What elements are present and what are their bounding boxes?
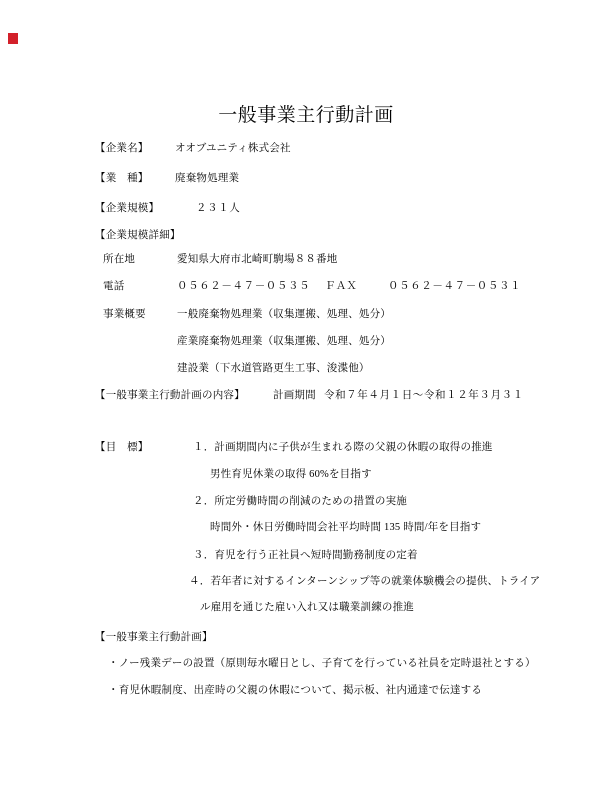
business-line-3: 建設業（下水道管路更生工事、浚渫他） (177, 362, 370, 375)
page-title: 一般事業主行動計画 (0, 104, 612, 127)
action-item-1: ・ノー残業デーの設置（原則毎水曜日とし、子育てを行っている社員を定時退社とする） (108, 657, 536, 670)
goal-4: ４．若年者に対するインターンシップ等の就業体験機会の提供、トライア (189, 575, 540, 588)
phone-value: ０５６２－４７－０５３５ (177, 280, 310, 293)
address-value: 愛知県大府市北崎町駒場８８番地 (177, 253, 338, 266)
goal-1-sub: 男性育児休業の取得 60%を目指す (210, 468, 372, 481)
phone-label: 電話 (103, 280, 124, 293)
red-annotation-marker (8, 33, 18, 44)
action-item-2: ・育児休暇制度、出産時の父親の休暇について、掲示板、社内通達で伝達する (108, 684, 482, 697)
company-name-value: オオブユニティ株式会社 (175, 142, 291, 155)
industry-value: 廃棄物処理業 (175, 172, 239, 185)
goal-1: １．計画期間内に子供が生まれる際の父親の休暇の取得の推進 (193, 441, 493, 454)
company-size-label: 【企業規模】 (95, 202, 159, 215)
business-line-1: 一般廃棄物処理業（収集運搬、処理、処分） (177, 308, 391, 321)
company-name-label: 【企業名】 (95, 142, 149, 155)
address-label: 所在地 (103, 253, 135, 266)
plan-period-value: 令和７年４月１日～令和１２年３月３１ (324, 389, 524, 402)
business-overview-label: 事業概要 (103, 308, 146, 321)
company-size-detail-label: 【企業規模詳細】 (95, 229, 181, 242)
plan-content-label: 【一般事業主行動計画の内容】 (95, 389, 245, 402)
business-line-2: 産業廃棄物処理業（収集運搬、処理、処分） (177, 335, 391, 348)
industry-label: 【業 種】 (95, 172, 149, 185)
fax-label: ＦＡＸ (325, 280, 357, 293)
goal-2-sub: 時間外・休日労働時間会社平均時間 135 時間/年を目指す (210, 521, 481, 534)
company-size-value: ２３１人 (196, 202, 240, 215)
goal-3: ３．育児を行う正社員へ短時間勤務制度の定着 (193, 549, 418, 562)
plan-period-label: 計画期間 (273, 389, 316, 402)
fax-value: ０５６２－４７－０５３１ (388, 280, 521, 293)
goal-2: ２．所定労働時間の削減のための措置の実施 (193, 495, 407, 508)
action-plan-label: 【一般事業主行動計画】 (95, 631, 213, 644)
goals-label: 【目 標】 (95, 441, 149, 454)
goal-4-continuation: ル雇用を通じた雇い入れ又は職業訓練の推進 (200, 601, 414, 614)
document-page: 一般事業主行動計画 【企業名】 オオブユニティ株式会社 【業 種】 廃棄物処理業… (0, 0, 612, 792)
